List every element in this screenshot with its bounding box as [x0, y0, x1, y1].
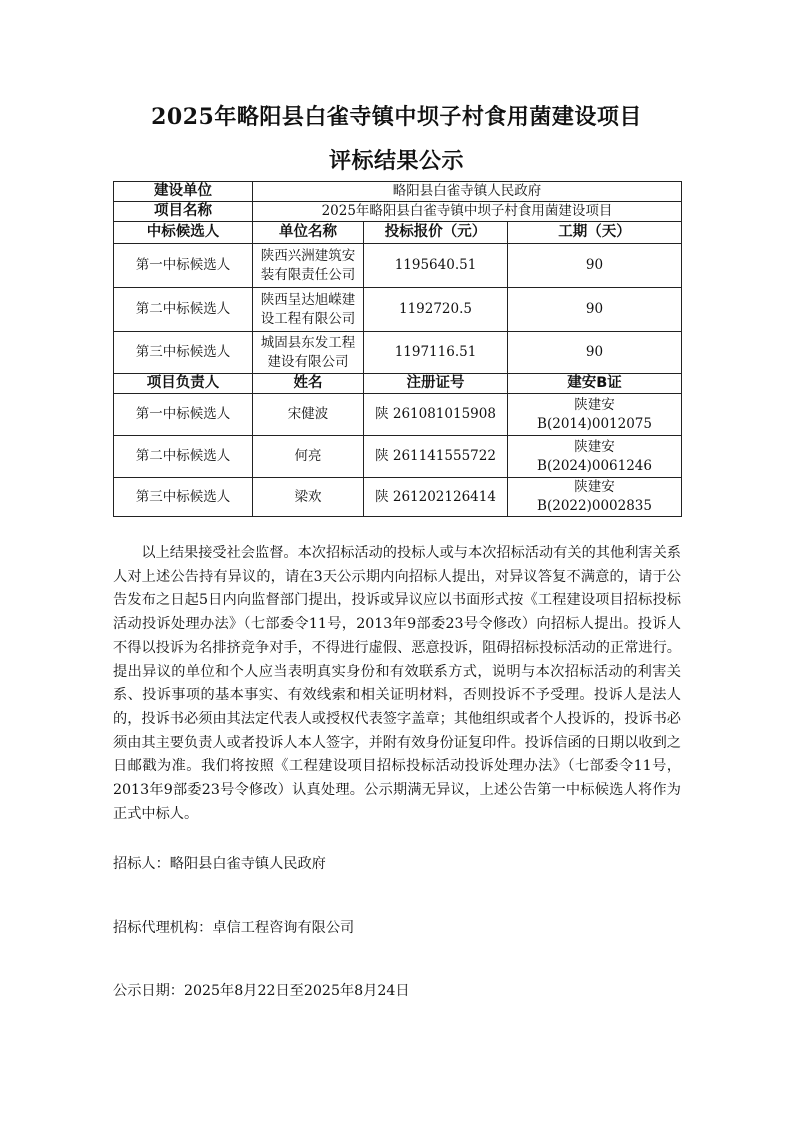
table-row: 第二中标候选人 何亮 陕 261141555722 陕建安B(2024)0061… — [114, 436, 682, 478]
column-header: 投标报价（元） — [364, 222, 508, 244]
candidate-duration: 90 — [508, 244, 682, 288]
column-header: 单位名称 — [253, 222, 364, 244]
column-header: 注册证号 — [364, 374, 508, 394]
candidate-duration: 90 — [508, 332, 682, 374]
column-header: 姓名 — [253, 374, 364, 394]
manager-cert: 陕建安B(2024)0061246 — [508, 436, 682, 478]
candidate-rank: 第一中标候选人 — [114, 244, 253, 288]
candidate-rank: 第三中标候选人 — [114, 332, 253, 374]
manager-reg-no: 陕 261202126414 — [364, 478, 508, 517]
publicity-period-line: 公示日期：2025年8月22日至2025年8月24日 — [113, 980, 410, 1000]
table-row: 第一中标候选人 陕西兴洲建筑安装有限责任公司 1195640.51 90 — [114, 244, 682, 288]
manager-rank: 第三中标候选人 — [114, 478, 253, 517]
candidates-header-row: 中标候选人 单位名称 投标报价（元） 工期（天） — [114, 222, 682, 244]
candidate-rank: 第二中标候选人 — [114, 288, 253, 332]
cert-line2: B(2024)0061246 — [537, 458, 652, 474]
agency-line: 招标代理机构：卓信工程咨询有限公司 — [113, 917, 354, 937]
manager-cert: 陕建安B(2014)0012075 — [508, 394, 682, 436]
builder-label: 建设单位 — [114, 182, 253, 202]
cert-line2: B(2014)0012075 — [537, 416, 652, 432]
column-header: 中标候选人 — [114, 222, 253, 244]
cert-line2: B(2022)0002835 — [537, 498, 652, 514]
builder-value: 略阳县白雀寺镇人民政府 — [253, 182, 682, 202]
cert-line1: 陕建安 — [574, 397, 615, 413]
document-title: 2025年略阳县白雀寺镇中坝子村食用菌建设项目 — [0, 100, 793, 131]
cert-line1: 陕建安 — [574, 479, 615, 495]
candidate-price: 1195640.51 — [364, 244, 508, 288]
manager-cert: 陕建安B(2022)0002835 — [508, 478, 682, 517]
tenderer-line: 招标人：略阳县白雀寺镇人民政府 — [113, 853, 326, 873]
table-row-builder: 建设单位 略阳县白雀寺镇人民政府 — [114, 182, 682, 202]
project-value: 2025年略阳县白雀寺镇中坝子村食用菌建设项目 — [253, 202, 682, 222]
manager-name: 梁欢 — [253, 478, 364, 517]
table-row: 第一中标候选人 宋健波 陕 261081015908 陕建安B(2014)001… — [114, 394, 682, 436]
manager-reg-no: 陕 261081015908 — [364, 394, 508, 436]
candidate-company: 城固县东发工程建设有限公司 — [253, 332, 364, 374]
column-header: 工期（天） — [508, 222, 682, 244]
column-header: 建安B证 — [508, 374, 682, 394]
manager-name: 何亮 — [253, 436, 364, 478]
table-row: 第三中标候选人 城固县东发工程建设有限公司 1197116.51 90 — [114, 332, 682, 374]
manager-rank: 第二中标候选人 — [114, 436, 253, 478]
table-row: 第二中标候选人 陕西呈达旭嵘建设工程有限公司 1192720.5 90 — [114, 288, 682, 332]
notice-paragraph: 以上结果接受社会监督。本次招标活动的投标人或与本次招标活动有关的其他利害关系人对… — [113, 542, 681, 826]
candidate-duration: 90 — [508, 288, 682, 332]
manager-name: 宋健波 — [253, 394, 364, 436]
candidate-company: 陕西兴洲建筑安装有限责任公司 — [253, 244, 364, 288]
candidate-price: 1197116.51 — [364, 332, 508, 374]
column-header: 项目负责人 — [114, 374, 253, 394]
managers-header-row: 项目负责人 姓名 注册证号 建安B证 — [114, 374, 682, 394]
project-label: 项目名称 — [114, 202, 253, 222]
manager-rank: 第一中标候选人 — [114, 394, 253, 436]
manager-reg-no: 陕 261141555722 — [364, 436, 508, 478]
results-table: 建设单位 略阳县白雀寺镇人民政府 项目名称 2025年略阳县白雀寺镇中坝子村食用… — [113, 181, 682, 517]
table-row: 第三中标候选人 梁欢 陕 261202126414 陕建安B(2022)0002… — [114, 478, 682, 517]
cert-line1: 陕建安 — [574, 439, 615, 455]
candidate-price: 1192720.5 — [364, 288, 508, 332]
table-row-project: 项目名称 2025年略阳县白雀寺镇中坝子村食用菌建设项目 — [114, 202, 682, 222]
document-subtitle: 评标结果公示 — [0, 144, 793, 175]
candidate-company: 陕西呈达旭嵘建设工程有限公司 — [253, 288, 364, 332]
